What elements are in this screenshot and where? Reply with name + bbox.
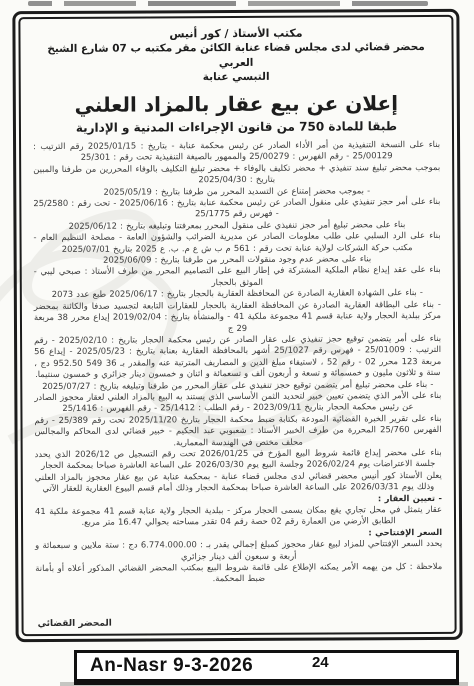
page-number: 24 [312,654,329,671]
legal-article-subtitle: طبقا للمادة 750 من قانون الإجراءات المدن… [33,119,440,136]
scan-artifact-top-streak [28,1,428,6]
body-paragraph: بناء على أمر حجز تنفيذي على منقول الصادر… [33,196,440,221]
document-border-frame: مكتب الأستاذ / كور أنيس محضر قضائي لدى م… [12,9,462,642]
announcement-body: بناء على النسخة التنفيذية من أمر الأداء … [33,139,442,586]
body-paragraph: بناء على الأمر الذي يتضمن تعيين خبير لتح… [34,390,441,415]
publication-name-date: An-Nasr 9-3-2026 [77,655,253,677]
body-paragraph: بناء على محضر إيداع قائمة شروط البيع الم… [35,447,442,472]
body-paragraph: بموجب محضر تبليغ سند تنفيذي + محضر تكليف… [33,162,440,187]
body-paragraph: - بناء على البطاقة العقارية الصادرة عن ا… [34,299,441,335]
body-paragraph: بناء على عقد إيداع نظام الملكية المشتركة… [34,264,441,289]
body-paragraph: بناء على أمر يتضمن توقيع حجز تنفيذي على … [34,333,441,381]
document-header: مكتب الأستاذ / كور أنيس محضر قضائي لدى م… [32,25,440,139]
scanned-newspaper-page: { "document": { "header": { "office": "م… [0,0,474,686]
body-paragraph: يعلن الأستاذ كور أنيس محضر قضائي لدى مجل… [35,470,442,495]
body-paragraph: عقار يتمثل في محل تجاري يقع بمكان يسمى ا… [35,504,442,529]
document-content-area: مكتب الأستاذ / كور أنيس محضر قضائي لدى م… [18,15,456,636]
body-paragraph: بناء على الرد السلبي على طلب معلومات الص… [34,230,441,255]
body-paragraph: بناء على النسخة التنفيذية من أمر الأداء … [33,139,440,164]
announcement-title: إعلان عن بيع عقار بالمزاد العلني [33,90,440,118]
body-paragraph: ملاحظة : كل من يهمه الأمر يمكنه الإطلاع … [35,561,442,586]
bailiff-signature: المحضر القضائي [36,615,443,630]
body-paragraph: يحدد السعر الإفتتاحي للمزاد لبيع عقار مح… [35,538,442,563]
bailiff-city-line: التبسي عنابة [33,69,440,85]
publication-footer: An-Nasr 9-3-2026 24 [74,650,459,685]
bailiff-address-line: محضر قضائي لدى مجلس قضاء عنابة الكائن مق… [33,40,440,71]
body-paragraph: بناء على تقرير الخبرة القضائية المودعة ب… [34,413,441,449]
